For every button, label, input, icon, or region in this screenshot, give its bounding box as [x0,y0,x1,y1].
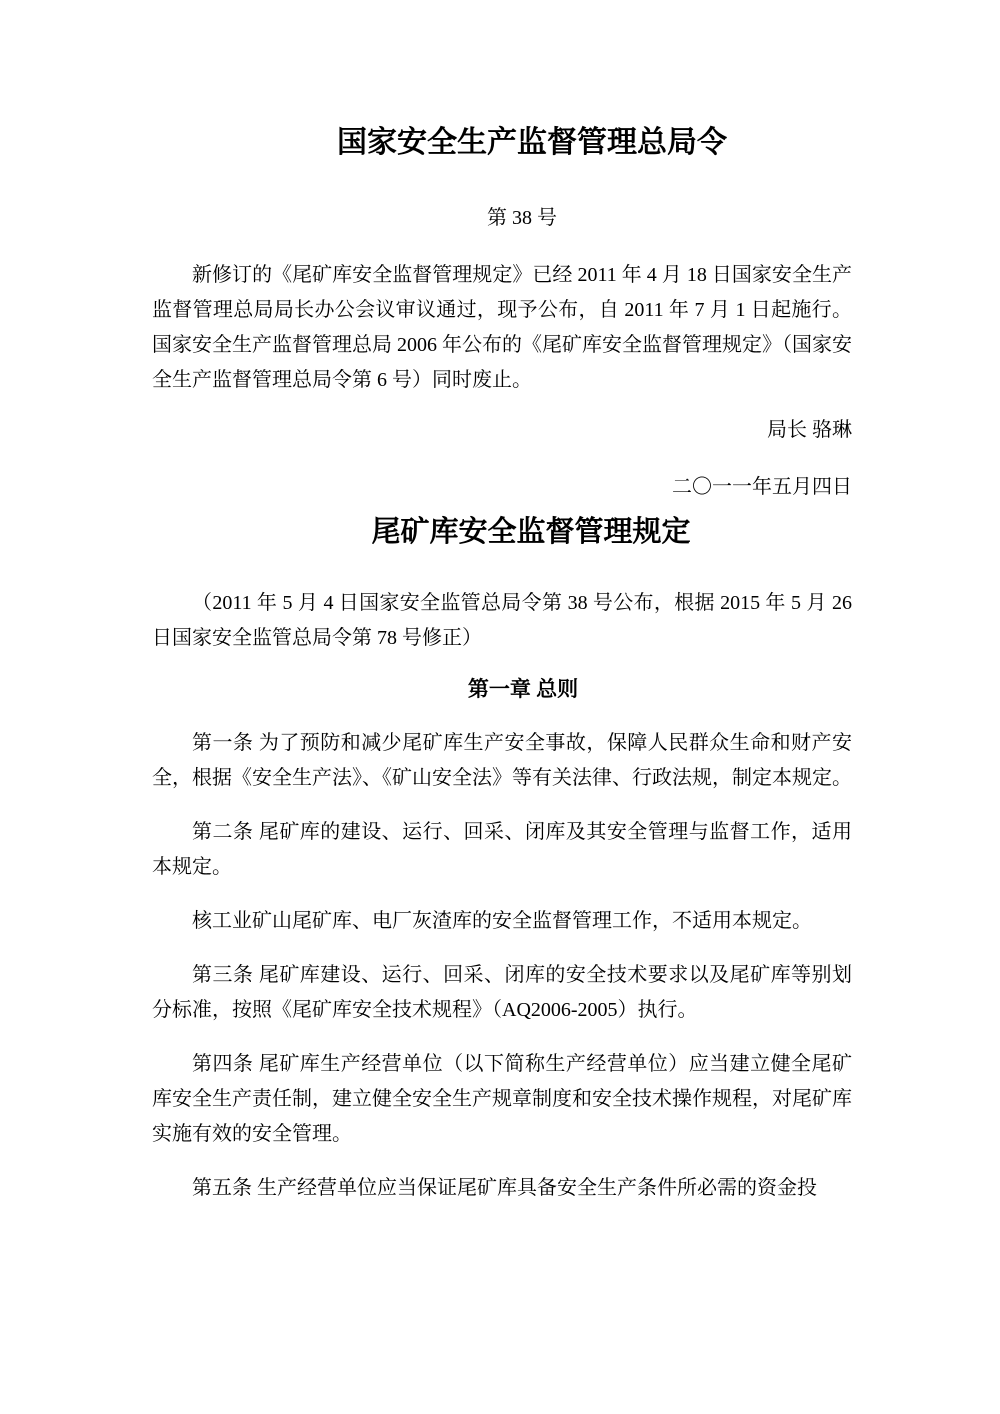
article-paragraph: 第一条 为了预防和减少尾矿库生产安全事故，保障人民群众生命和财产安全，根据《安全… [152,726,852,796]
article-paragraph: 第二条 尾矿库的建设、运行、回采、闭库及其安全管理与监督工作，适用本规定。 [152,815,852,885]
regulation-title: 尾矿库安全监督管理规定 [152,510,852,554]
article-paragraph: 核工业矿山尾矿库、电厂灰渣库的安全监督管理工作，不适用本规定。 [152,904,852,939]
revision-note: （2011 年 5 月 4 日国家安全监管总局令第 38 号公布，根据 2015… [152,586,852,656]
article-paragraph: 第三条 尾矿库建设、运行、回采、闭库的安全技术要求以及尾矿库等别划分标准，按照《… [152,958,852,1028]
article-paragraph: 第五条 生产经营单位应当保证尾矿库具备安全生产条件所必需的资金投 [152,1171,852,1206]
article-paragraph: 第四条 尾矿库生产经营单位（以下简称生产经营单位）应当建立健全尾矿库安全生产责任… [152,1047,852,1152]
document-page: 国家安全生产监督管理总局令 第 38 号 新修订的《尾矿库安全监督管理规定》已经… [0,0,1000,1414]
announcement-paragraph: 新修订的《尾矿库安全监督管理规定》已经 2011 年 4 月 18 日国家安全生… [152,258,852,398]
order-title: 国家安全生产监督管理总局令 [152,122,852,164]
order-number: 第 38 号 [152,204,852,232]
chapter-heading: 第一章 总则 [152,672,852,707]
signature-line: 局长 骆琳 [152,413,852,448]
signature-date: 二〇一一年五月四日 [152,470,852,505]
